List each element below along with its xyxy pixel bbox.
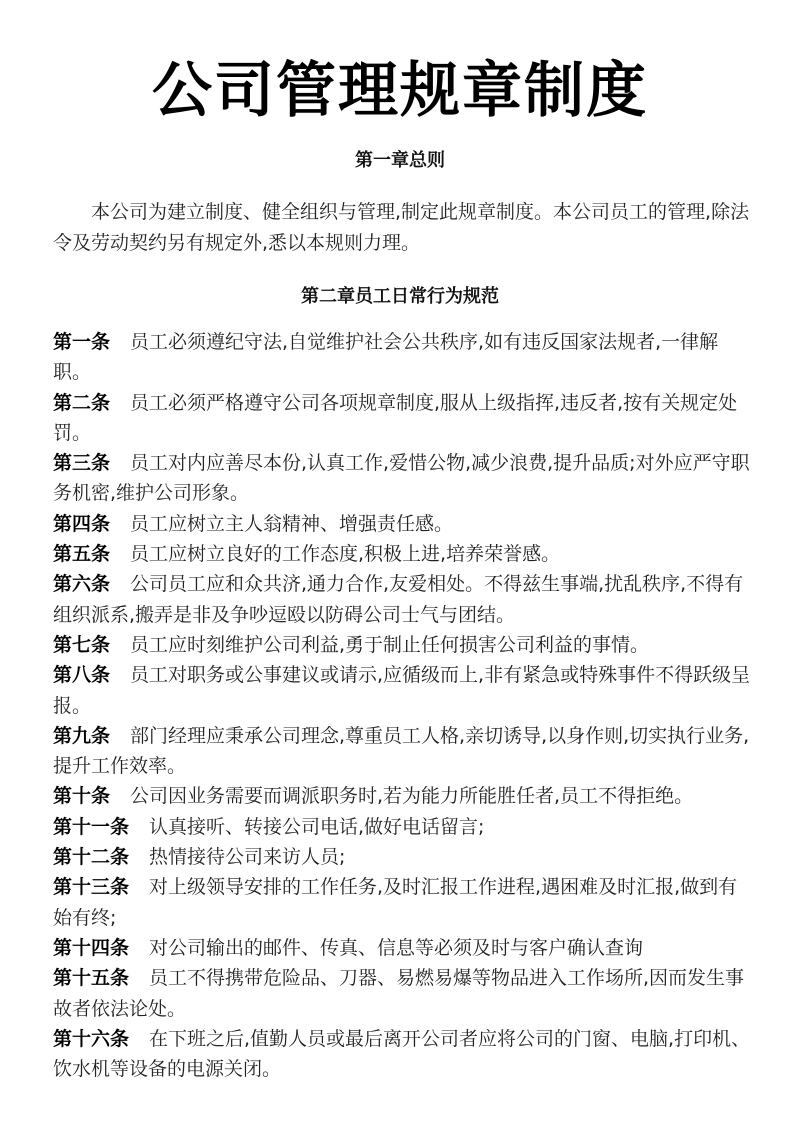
article-8: 第八条员工对职务或公事建议或请示,应循级而上,非有紧急或特殊事件不得跃级呈报。 [53,660,753,721]
article-text: 员工应时刻维护公司利益,勇于制止任何损害公司利益的事情。 [130,634,649,656]
chapter-1-body: 本公司为建立制度、健全组织与管理,制定此规章制度。本公司员工的管理,除法令及劳动… [53,197,753,259]
article-9: 第九条部门经理应秉承公司理念,尊重员工人格,亲切诱导,以身作则,切实执行业务,提… [53,721,753,782]
article-1: 第一条员工必须遵纪守法,自觉维护社会公共秩序,如有违反国家法规者,一律解职。 [53,327,753,388]
article-label: 第一条 [53,331,110,353]
article-5: 第五条员工应树立良好的工作态度,积极上进,培养荣誉感。 [53,539,753,569]
document-title: 公司管理规章制度 [0,55,800,127]
article-text: 员工必须遵纪守法,自觉维护社会公共秩序,如有违反国家法规者,一律解职。 [53,331,718,383]
article-6: 第六条公司员工应和众共济,通力合作,友爱相处。不得兹生事端,扰乱秩序,不得有组织… [53,569,753,630]
article-14: 第十四条对公司输出的邮件、传真、信息等必须及时与客户确认查询 [53,933,753,963]
article-11: 第十一条认真接听、转接公司电话,做好电话留言; [53,812,753,842]
article-label: 第五条 [53,543,110,565]
article-text: 员工必须严格遵守公司各项规章制度,服从上级指挥,违反者,按有关规定处罚。 [53,392,737,444]
article-label: 第十条 [53,785,110,807]
article-label: 第六条 [53,573,110,595]
article-text: 对上级领导安排的工作任务,及时汇报工作进程,遇困难及时汇报,做到有始有终; [53,876,737,928]
article-label: 第四条 [53,513,110,535]
article-list: 第一条员工必须遵纪守法,自觉维护社会公共秩序,如有违反国家法规者,一律解职。 第… [53,327,753,1084]
article-label: 第十四条 [53,937,129,959]
article-text: 部门经理应秉承公司理念,尊重员工人格,亲切诱导,以身作则,切实执行业务,提升工作… [53,725,749,777]
article-label: 第八条 [53,664,110,686]
article-15: 第十五条员工不得携带危险品、刀器、易燃易爆等物品进入工作场所,因而发生事故者依法… [53,963,753,1024]
article-text: 在下班之后,值勤人员或最后离开公司者应将公司的门窗、电脑,打印机、饮水机等设备的… [53,1028,750,1080]
chapter-2-heading: 第二章员工日常行为规范 [0,282,800,308]
article-7: 第七条员工应时刻维护公司利益,勇于制止任何损害公司利益的事情。 [53,630,753,660]
article-4: 第四条员工应树立主人翁精神、增强责任感。 [53,509,753,539]
article-text: 对公司输出的邮件、传真、信息等必须及时与客户确认查询 [149,937,643,959]
article-text: 热情接待公司来访人员; [149,846,345,868]
article-text: 认真接听、转接公司电话,做好电话留言; [149,816,484,838]
article-label: 第十六条 [53,1028,129,1050]
article-text: 公司员工应和众共济,通力合作,友爱相处。不得兹生事端,扰乱秩序,不得有组织派系,… [53,573,743,625]
article-text: 公司因业务需要而调派职务时,若为能力所能胜任者,员工不得拒绝。 [130,785,693,807]
article-13: 第十三条对上级领导安排的工作任务,及时汇报工作进程,遇困难及时汇报,做到有始有终… [53,872,753,933]
article-label: 第三条 [53,452,110,474]
article-label: 第七条 [53,634,110,656]
article-label: 第十二条 [53,846,129,868]
article-text: 员工应树立良好的工作态度,积极上进,培养荣誉感。 [130,543,560,565]
article-label: 第九条 [53,725,110,747]
article-12: 第十二条热情接待公司来访人员; [53,842,753,872]
article-label: 第十三条 [53,876,129,898]
article-text: 员工不得携带危险品、刀器、易燃易爆等物品进入工作场所,因而发生事故者依法论处。 [53,967,744,1019]
article-3: 第三条员工对内应善尽本份,认真工作,爱惜公物,减少浪费,提升品质;对外应严守职务… [53,448,753,509]
article-text: 员工对职务或公事建议或请示,应循级而上,非有紧急或特殊事件不得跃级呈报。 [53,664,750,716]
chapter-1-heading: 第一章总则 [0,146,800,172]
article-label: 第十一条 [53,816,129,838]
article-10: 第十条公司因业务需要而调派职务时,若为能力所能胜任者,员工不得拒绝。 [53,781,753,811]
article-text: 员工对内应善尽本份,认真工作,爱惜公物,减少浪费,提升品质;对外应严守职务机密,… [53,452,750,504]
article-16: 第十六条在下班之后,值勤人员或最后离开公司者应将公司的门窗、电脑,打印机、饮水机… [53,1024,753,1085]
article-2: 第二条员工必须严格遵守公司各项规章制度,服从上级指挥,违反者,按有关规定处罚。 [53,388,753,449]
article-label: 第十五条 [53,967,129,989]
article-label: 第二条 [53,392,110,414]
article-text: 员工应树立主人翁精神、增强责任感。 [130,513,453,535]
